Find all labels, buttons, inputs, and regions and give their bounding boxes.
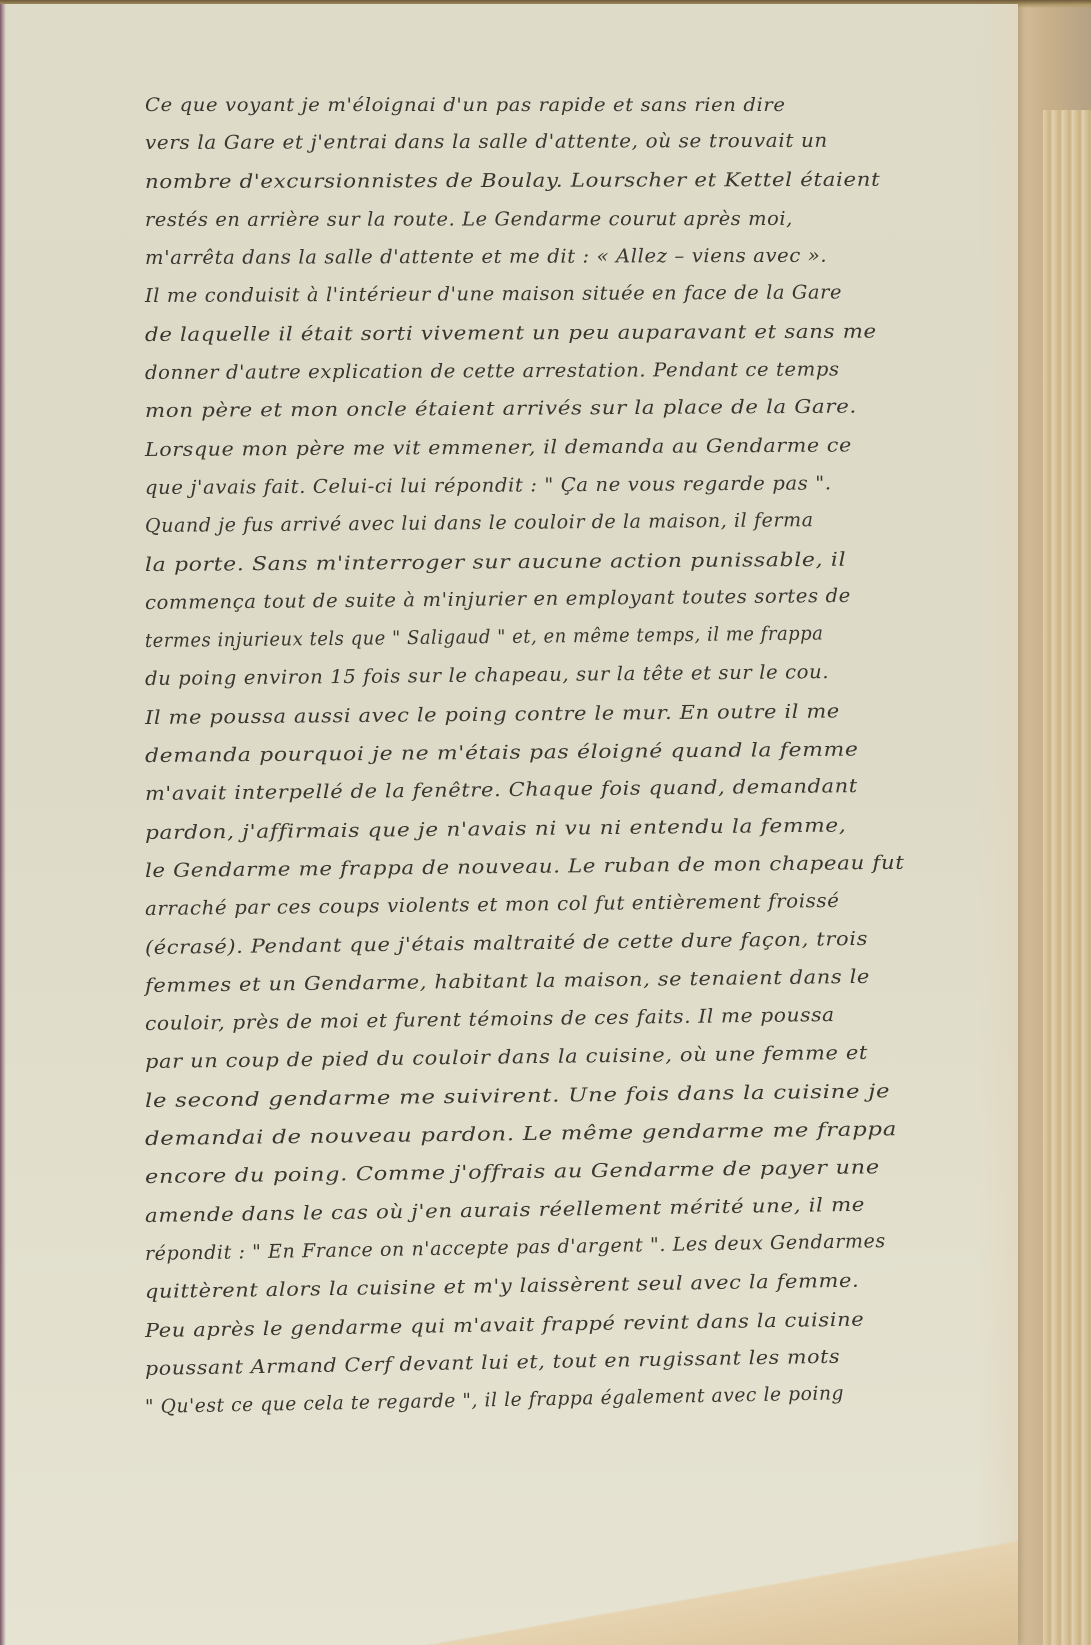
manuscript-page: Ce que voyant je m'éloignai d'un pas rap… (0, 4, 1018, 1645)
text-line: Lorsque mon père me vit emmener, il dema… (145, 425, 1085, 469)
text-line: restés en arrière sur la route. Le Genda… (145, 199, 1032, 239)
text-line: m'arrêta dans la salle d'attente et me d… (145, 236, 1041, 277)
text-line: donner d'autre explication de cette arre… (145, 350, 1041, 393)
text-line: Ce que voyant je m'éloignai d'un pas rap… (145, 86, 1041, 124)
text-line: nombre d'excursionnistes de Boulay. Lour… (145, 160, 1091, 201)
text-line: de laquelle il était sorti vivement un p… (145, 311, 1091, 354)
handwritten-text-block: Ce que voyant je m'éloignai d'un pas rap… (145, 86, 1015, 1426)
text-line: mon père et mon oncle étaient arrivés su… (145, 386, 1091, 430)
text-line: Quand je fus arrivé avec lui dans le cou… (145, 500, 1015, 546)
underlying-page-corner (318, 1535, 1018, 1645)
text-line: vers la Gare et j'entrai dans la salle d… (145, 121, 1059, 162)
text-line: Il me conduisit à l'intérieur d'une mais… (145, 273, 1033, 316)
page-left-edge (0, 4, 6, 1645)
